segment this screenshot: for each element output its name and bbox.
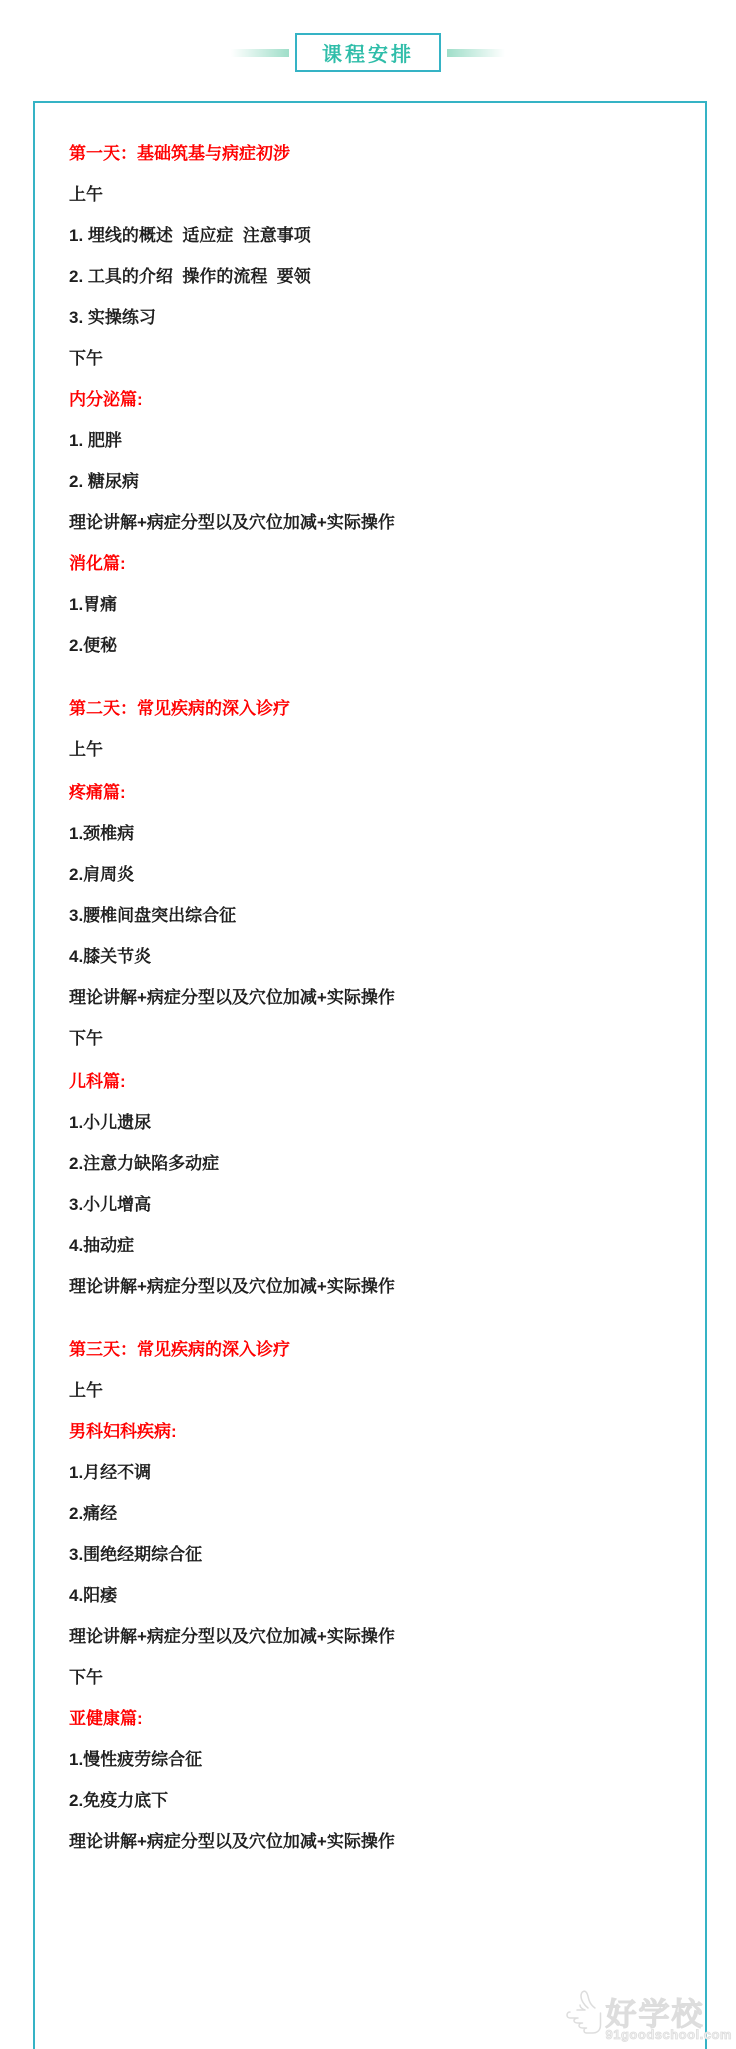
schedule-line: 2.肩周炎	[69, 866, 675, 883]
schedule-line: 1.月经不调	[69, 1464, 675, 1481]
schedule-line: 1.胃痛	[69, 596, 675, 613]
schedule-line: 4.阳痿	[69, 1587, 675, 1604]
schedule-line: 1.颈椎病	[69, 825, 675, 842]
schedule-line: 理论讲解+病症分型以及穴位加减+实际操作	[69, 989, 675, 1006]
schedule-line: 疼痛篇:	[69, 784, 675, 801]
schedule-line: 2.痛经	[69, 1505, 675, 1522]
right-accent-bar	[447, 49, 505, 57]
schedule-line: 下午	[69, 1030, 675, 1047]
schedule-line: 1.小儿遗尿	[69, 1114, 675, 1131]
schedule-line: 2.免疫力底下	[69, 1792, 675, 1809]
schedule-box: 第一天：基础筑基与病症初涉上午1. 埋线的概述 适应症 注意事项2. 工具的介绍…	[33, 101, 707, 2049]
schedule-line: 理论讲解+病症分型以及穴位加减+实际操作	[69, 1278, 675, 1295]
schedule-line: 1.慢性疲劳综合征	[69, 1751, 675, 1768]
schedule-line: 上午	[69, 1382, 675, 1399]
schedule-line: 理论讲解+病症分型以及穴位加减+实际操作	[69, 514, 675, 531]
schedule-line: 第三天：常见疾病的深入诊疗	[69, 1341, 675, 1358]
schedule-line: 上午	[69, 741, 675, 758]
left-accent-bar	[231, 49, 289, 57]
schedule-line: 2. 糖尿病	[69, 473, 675, 490]
schedule-line: 理论讲解+病症分型以及穴位加减+实际操作	[69, 1833, 675, 1850]
schedule-line: 4.抽动症	[69, 1237, 675, 1254]
schedule-line: 亚健康篇:	[69, 1710, 675, 1727]
schedule-line: 消化篇:	[69, 555, 675, 572]
schedule-line: 1. 埋线的概述 适应症 注意事项	[69, 227, 675, 244]
schedule-line: 儿科篇:	[69, 1073, 675, 1090]
header: 课程安排	[0, 33, 736, 72]
schedule-line: 3.围绝经期综合征	[69, 1546, 675, 1563]
schedule-line: 1. 肥胖	[69, 432, 675, 449]
schedule-line: 3.腰椎间盘突出综合征	[69, 907, 675, 924]
schedule-line: 第二天：常见疾病的深入诊疗	[69, 700, 675, 717]
schedule-line: 4.膝关节炎	[69, 948, 675, 965]
schedule-line: 2.便秘	[69, 637, 675, 654]
schedule-line: 第一天：基础筑基与病症初涉	[69, 145, 675, 162]
schedule-line: 上午	[69, 186, 675, 203]
schedule-line: 2. 工具的介绍 操作的流程 要领	[69, 268, 675, 285]
schedule-line: 下午	[69, 350, 675, 367]
schedule-line: 3. 实操练习	[69, 309, 675, 326]
schedule-lines: 第一天：基础筑基与病症初涉上午1. 埋线的概述 适应症 注意事项2. 工具的介绍…	[69, 145, 675, 1850]
page-title: 课程安排	[322, 38, 414, 67]
schedule-line: 3.小儿增高	[69, 1196, 675, 1213]
schedule-line: 下午	[69, 1669, 675, 1686]
schedule-line: 2.注意力缺陷多动症	[69, 1155, 675, 1172]
schedule-line: 理论讲解+病症分型以及穴位加减+实际操作	[69, 1628, 675, 1645]
schedule-line: 男科妇科疾病:	[69, 1423, 675, 1440]
title-badge: 课程安排	[295, 33, 441, 72]
schedule-line: 内分泌篇:	[69, 391, 675, 408]
